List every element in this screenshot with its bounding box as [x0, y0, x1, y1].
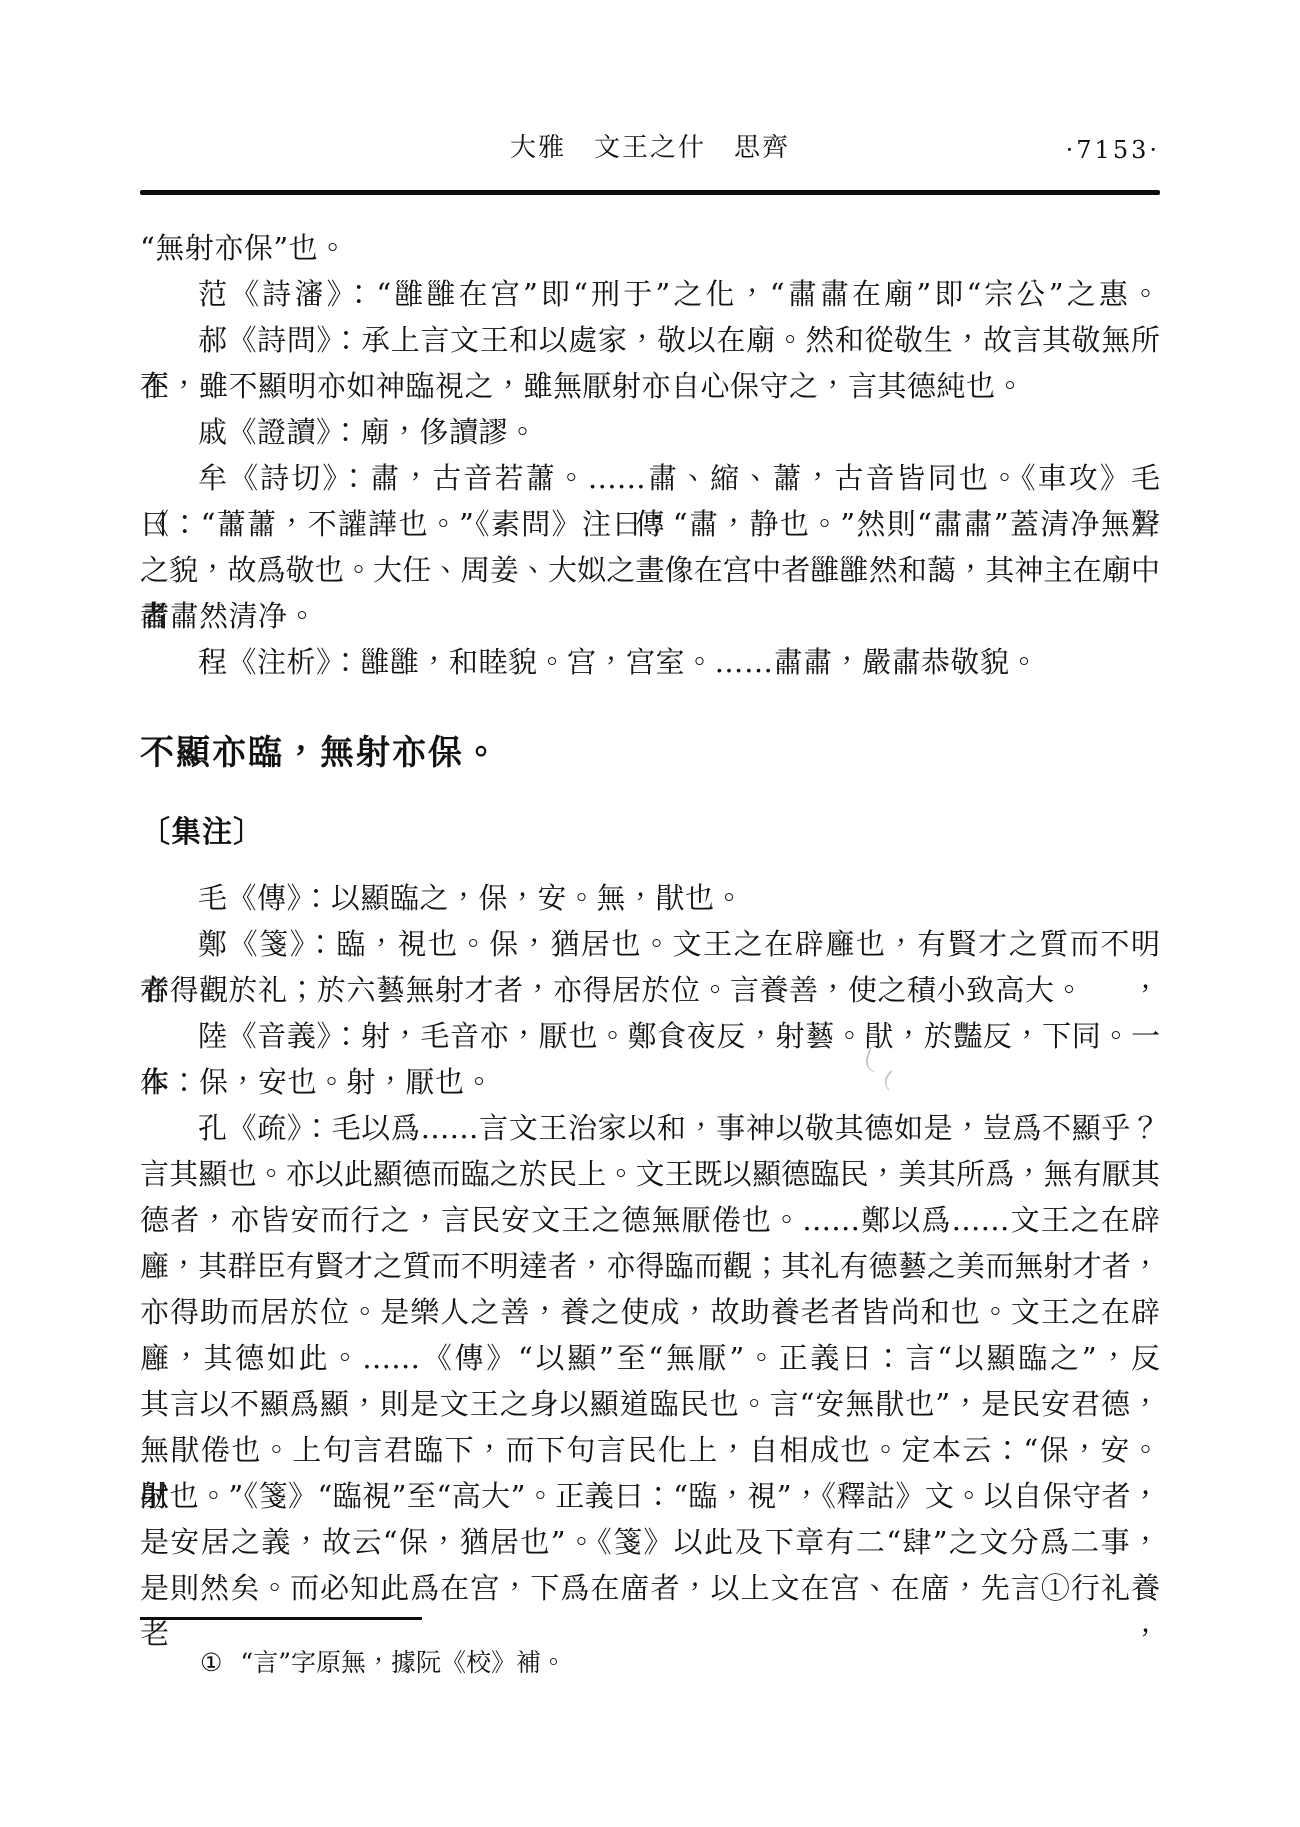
text-line: 在，雖不顯明亦如神臨視之，雖無厭射亦自心保守之，言其德純也。 [140, 363, 1160, 409]
verse-heading: 不顯亦臨，無射亦保。 [140, 729, 1160, 777]
text-line: 猒也。”《箋》“臨視”至“高大”。正義曰：“臨，視”，《釋詁》文。以自保守者， [140, 1473, 1160, 1519]
book-page: 大雅 文王之什 思齊 ·7153· “無射亦保”也。范《詩瀋》：“雝雝在宫”即“… [0, 0, 1300, 1827]
footnote-marker: ① [200, 1646, 222, 1680]
text-line: 廱，其德如此。……《傳》“以顯”至“無厭”。正義曰：言“以顯臨之”，反 [140, 1335, 1160, 1381]
text-line: 無猒倦也。上句言君臨下，而下句言民化上，自相成也。定本云：“保，安。射， [140, 1427, 1160, 1473]
collected-notes-heading: 〔集注〕 [140, 809, 1160, 857]
text-line: 是則然矣。而必知此爲在宫，下爲在庿者，以上文在宫、在庿，先言①行礼養老， [140, 1565, 1160, 1611]
text-line: 牟《詩切》：肅，古音若蕭。……肅、縮、蕭，古音皆同也。《車攻》毛《傳》 [140, 455, 1160, 501]
text-line: 廱，其群臣有賢才之質而不明達者，亦得臨而觀；其礼有德藝之美而無射才者， [140, 1243, 1160, 1289]
text-line: 范《詩瀋》：“雝雝在宫”即“刑于”之化，“肅肅在廟”即“宗公”之惠。 [140, 271, 1160, 317]
text-line: 曰：“蕭蕭，不讙譁也。”《素問》注曰：“肅，静也。”然則“肅肅”蓋清净無聲 [140, 501, 1160, 547]
text-line: 陸《音義》：射，毛音亦，厭也。鄭食夜反，射藝。猒，於豔反，下同。一本 [140, 1013, 1160, 1059]
text-line: 德者，亦皆安而行之，言民安文王之德無厭倦也。……鄭以爲……文王之在辟 [140, 1197, 1160, 1243]
text-line: 毛《傳》：以顯臨之，保，安。無，猒也。 [140, 875, 1160, 921]
text-line: 是安居之義，故云“保，猶居也”。《箋》以此及下章有二“肆”之文分爲二事， [140, 1519, 1160, 1565]
text-line: 郝《詩問》：承上言文王和以處家，敬以在廟。然和從敬生，故言其敬無所不 [140, 317, 1160, 363]
text-line: 程《注析》：雝雝，和睦貌。宫，宫室。……肅肅，嚴肅恭敬貌。 [140, 639, 1160, 685]
commentary-block-collected-notes: 毛《傳》：以顯臨之，保，安。無，猒也。鄭《箋》：臨，視也。保，猶居也。文王之在辟… [140, 875, 1160, 1611]
header-rule [140, 190, 1160, 195]
text-line: 肅肅然清净。 [140, 593, 1160, 639]
text-line: 亦得助而居於位。是樂人之善，養之使成，故助養老者皆尚和也。文王之在辟 [140, 1289, 1160, 1335]
footnote-text: “言”字原無，據阮《校》補。 [240, 1646, 566, 1680]
commentary-block-previous-verse: “無射亦保”也。范《詩瀋》：“雝雝在宫”即“刑于”之化，“肅肅在廟”即“宗公”之… [140, 225, 1160, 685]
text-line: 鄭《箋》：臨，視也。保，猶居也。文王之在辟廱也，有賢才之質而不明者， [140, 921, 1160, 967]
text-line: 其言以不顯爲顯，則是文王之身以顯道臨民也。言“安無猒也”，是民安君德， [140, 1381, 1160, 1427]
text-line: 言其顯也。亦以此顯德而臨之於民上。文王既以顯德臨民，美其所爲，無有厭其 [140, 1151, 1160, 1197]
text-line: 孔《疏》：毛以爲……言文王治家以和，事神以敬其德如是，豈爲不顯乎？ [140, 1105, 1160, 1151]
text-line: 作：保，安也。射，厭也。 [140, 1059, 1160, 1105]
page-number: ·7153· [1066, 134, 1160, 166]
text-line: 亦得觀於礼；於六藝無射才者，亦得居於位。言養善，使之積小致高大。 [140, 967, 1160, 1013]
text-line: 之貌，故爲敬也。大任、周姜、大姒之畫像在宫中者雝雝然和藹，其神主在廟中者 [140, 547, 1160, 593]
text-line: 戚《證讀》：廟，侈讀謬。 [140, 409, 1160, 455]
running-header-title: 大雅 文王之什 思齊 [510, 133, 790, 163]
running-header: 大雅 文王之什 思齊 ·7153· [140, 132, 1160, 164]
text-line: “無射亦保”也。 [140, 225, 1160, 271]
